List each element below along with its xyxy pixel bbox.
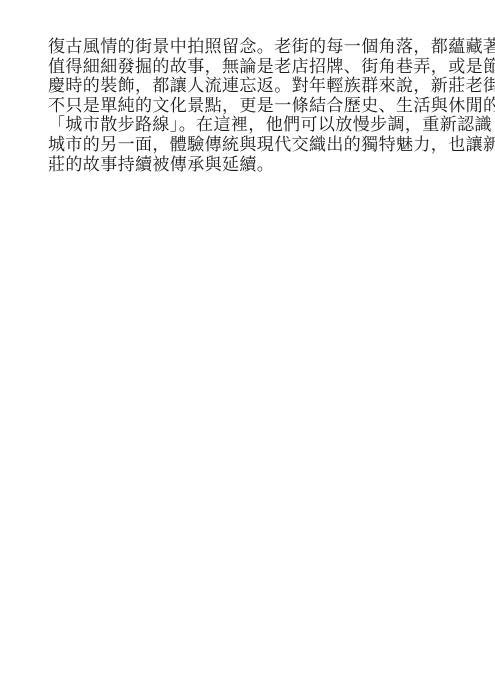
- paragraph-line-4: 不只是單純的文化景點，更是一條結合歷史、生活與休閒的: [48, 97, 448, 117]
- body-paragraph: 復古風情的街景中拍照留念。老街的每一個角落，都蘊藏著 值得細細發掘的故事，無論是…: [48, 38, 448, 175]
- paragraph-line-1: 復古風情的街景中拍照留念。老街的每一個角落，都蘊藏著: [48, 38, 448, 58]
- paragraph-line-6: 城市的另一面，體驗傳統與現代交織出的獨特魅力，也讓新: [48, 136, 448, 156]
- document-page: 復古風情的街景中拍照留念。老街的每一個角落，都蘊藏著 值得細細發掘的故事，無論是…: [0, 0, 495, 700]
- paragraph-line-7: 莊的故事持續被傳承與延續。: [48, 156, 448, 176]
- paragraph-line-5: 「城市散步路線」。在這裡，他們可以放慢步調，重新認識: [48, 116, 448, 136]
- paragraph-line-2: 值得細細發掘的故事，無論是老店招牌、街角巷弄，或是節: [48, 58, 448, 78]
- paragraph-line-3: 慶時的裝飾，都讓人流連忘返。對年輕族群來說，新莊老街: [48, 77, 448, 97]
